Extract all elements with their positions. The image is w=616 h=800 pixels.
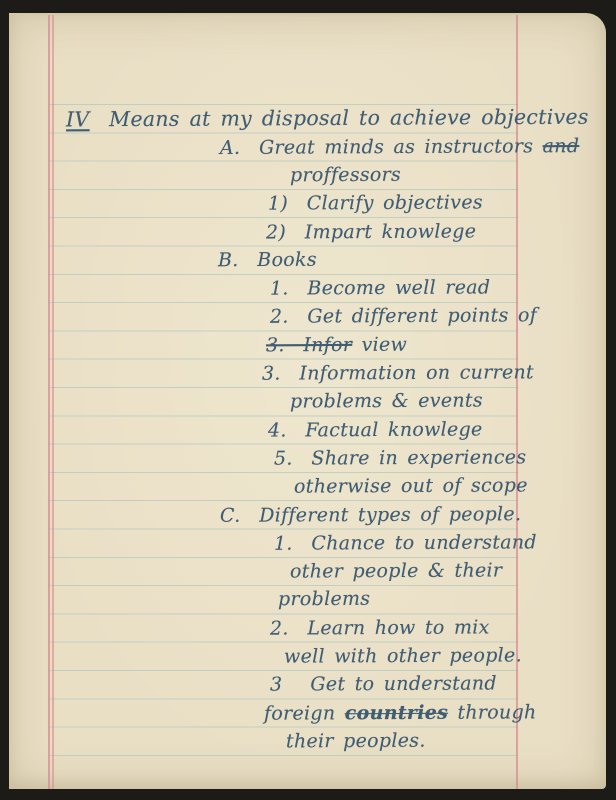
handwriting-line: C. Different types of people. — [220, 502, 521, 530]
handwriting-segment: Means at my disposal to achieve objectiv… — [89, 105, 588, 132]
handwriting-segment: 5. Share in experiences — [274, 446, 526, 469]
handwriting-segment: problems — [278, 588, 370, 610]
handwriting-segment: 3. Infor — [266, 334, 352, 356]
handwriting-segment: proffessors — [290, 164, 401, 187]
handwriting-line: 3. Information on current — [262, 360, 534, 387]
handwriting-segment: 2. Get different points of — [270, 304, 537, 327]
handwriting-line: 2. Get different points of — [270, 303, 537, 330]
handwriting-segment: A. Great minds as instructors — [220, 135, 543, 159]
handwriting-segment: 1. Become well read — [270, 276, 490, 299]
handwriting-segment: countries — [345, 702, 448, 725]
handwriting-segment: and — [543, 135, 580, 157]
handwriting-line: proffessors — [290, 163, 401, 190]
handwriting-line: 3. Infor view — [266, 333, 407, 360]
handwriting-segment: 1) Clarify objectives — [268, 191, 483, 214]
handwriting-line: problems & events — [290, 388, 483, 415]
handwriting-line: 1) Clarify objectives — [268, 190, 483, 217]
handwriting-line: their peoples. — [286, 729, 426, 756]
handwriting-segment: their peoples. — [286, 730, 426, 753]
handwriting-segment: foreign — [264, 702, 345, 724]
handwriting-line: 1. Become well read — [270, 275, 490, 302]
right-margin-line — [516, 15, 518, 789]
handwriting-line: A. Great minds as instructors and — [220, 134, 579, 162]
handwriting-segment: C. Different types of people. — [220, 503, 521, 527]
handwriting-segment: 4. Factual knowlege — [268, 418, 483, 441]
handwriting-segment: through — [448, 701, 537, 723]
handwriting-segment: view — [352, 334, 407, 356]
handwriting-segment: 2) Impart knowlege — [266, 220, 476, 243]
handwriting-line: 2. Learn how to mix — [270, 615, 490, 642]
handwriting-segment: otherwise out of scope — [294, 474, 528, 497]
handwriting-line: IV Means at my disposal to achieve objec… — [66, 105, 589, 134]
handwriting-line: 4. Factual knowlege — [268, 417, 483, 444]
handwriting-line: foreign countries through — [264, 700, 537, 727]
handwriting-segment: B. Books — [218, 249, 317, 272]
handwriting-line: other people & their — [290, 558, 502, 585]
handwriting-segment: 1. Chance to understand — [274, 531, 537, 554]
handwriting-segment: problems & events — [290, 389, 483, 412]
left-margin-line-inner — [52, 15, 54, 789]
left-margin-line — [48, 15, 50, 789]
handwriting-line: 5. Share in experiences — [274, 445, 526, 472]
handwriting-segment: 3 Get to understand — [270, 672, 497, 695]
handwriting-line: 2) Impart knowlege — [266, 219, 476, 246]
handwriting-segment: 3. Information on current — [262, 361, 534, 384]
handwriting-line: well with other people. — [284, 643, 522, 670]
handwriting-line: 1. Chance to understand — [274, 530, 537, 557]
handwriting-line: B. Books — [218, 248, 317, 275]
handwriting-segment: IV — [66, 107, 90, 131]
handwriting-segment: other people & their — [290, 559, 502, 582]
handwriting-line: otherwise out of scope — [294, 473, 528, 500]
handwriting-line: 3 Get to understand — [270, 671, 497, 698]
handwriting-segment: well with other people. — [284, 644, 522, 667]
handwriting-segment: 2. Learn how to mix — [270, 616, 490, 639]
handwriting-line: problems — [278, 587, 370, 613]
